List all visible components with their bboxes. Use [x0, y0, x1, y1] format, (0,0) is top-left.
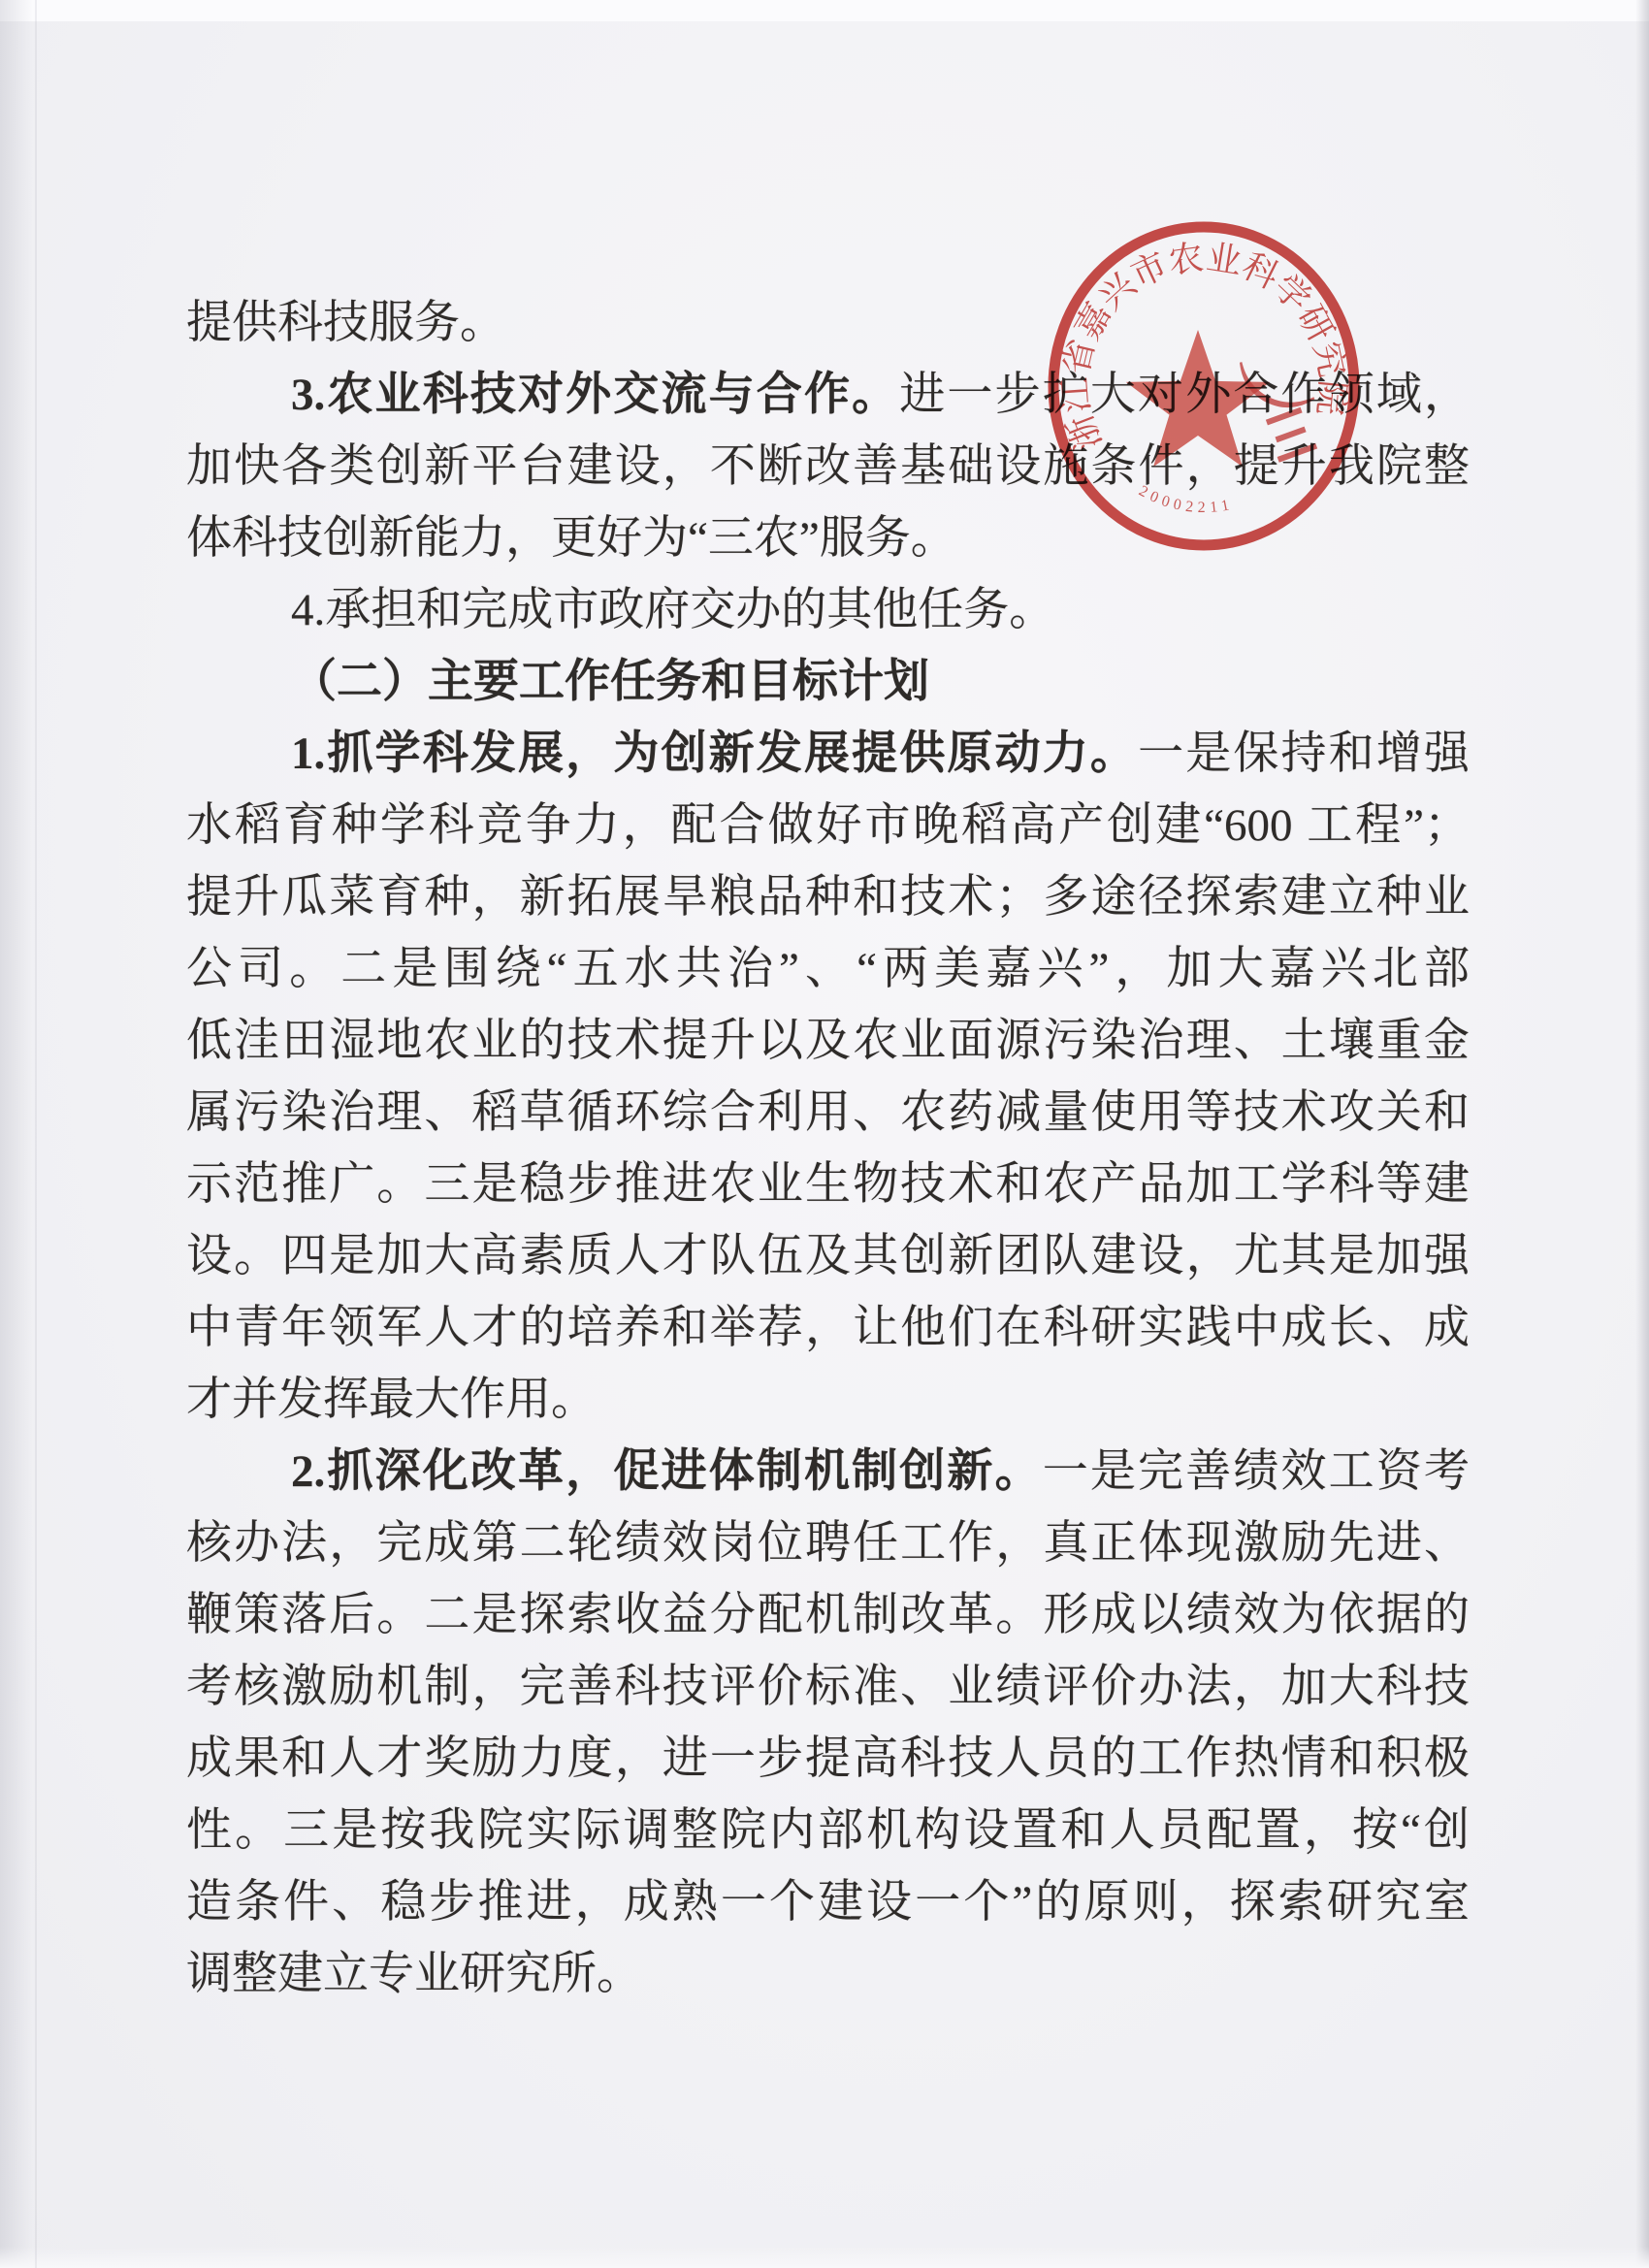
text-run: 低洼田湿地农业的技术提升以及农业面源污染治理、土壤重金 [186, 1016, 1470, 1066]
text-run: 提供科技服务。 [186, 298, 505, 348]
text-run: 提升瓜菜育种，新拓展旱粮品种和技术；多途径探索建立种业 [186, 872, 1470, 923]
text-line: 设。四是加大高素质人才队伍及其创新团队建设，尤其是加强 [186, 1220, 1470, 1292]
text-line: 水稻育种学科竞争力，配合做好市晚稻高产创建“600 工程”； [186, 790, 1470, 861]
scanned-page: 提供科技服务。3.农业科技对外交流与合作。进一步扩大对外合作领域，加快各类创新平… [0, 0, 1649, 2268]
text-line: 造条件、稳步推进，成熟一个建设一个”的原则，探索研究室 [186, 1866, 1470, 1938]
text-line: 低洼田湿地农业的技术提升以及农业面源污染治理、土壤重金 [186, 1005, 1470, 1077]
text-line: 成果和人才奖励力度，进一步提高科技人员的工作热情和积极 [186, 1723, 1470, 1795]
text-run: 公司。二是围绕“五水共治”、“两美嘉兴”，加大嘉兴北部 [186, 944, 1470, 994]
text-run: 设。四是加大高素质人才队伍及其创新团队建设，尤其是加强 [186, 1231, 1470, 1281]
scan-edge-right [1635, 0, 1649, 2268]
text-run: 中青年领军人才的培养和举荐，让他们在科研实践中成长、成 [186, 1303, 1470, 1353]
scan-edge-bottom [0, 2247, 1649, 2268]
text-run: 调整建立专业研究所。 [186, 1949, 642, 1999]
scan-edge-left [0, 0, 33, 2268]
text-line: 核办法，完成第二轮绩效岗位聘任工作，真正体现激励先进、 [186, 1507, 1470, 1579]
text-line: 1.抓学科发展，为创新发展提供原动力。一是保持和增强 [186, 718, 1470, 790]
text-run: 才并发挥最大作用。 [186, 1375, 597, 1425]
text-line: 公司。二是围绕“五水共治”、“两美嘉兴”，加大嘉兴北部 [186, 933, 1470, 1005]
text-line: 中青年领军人才的培养和举荐，让他们在科研实践中成长、成 [186, 1292, 1470, 1364]
text-run: 造条件、稳步推进，成熟一个建设一个”的原则，探索研究室 [186, 1877, 1470, 1928]
text-run: 属污染治理、稻草循环综合利用、农药减量使用等技术攻关和 [186, 1087, 1470, 1138]
text-line: 4.承担和完成市政府交办的其他任务。 [186, 574, 1470, 646]
text-line: 性。三是按我院实际调整院内部机构设置和人员配置，按“创 [186, 1795, 1470, 1866]
text-run: 4.承担和完成市政府交办的其他任务。 [291, 585, 1054, 635]
scan-fold-line [35, 0, 37, 2268]
text-line: 提升瓜菜育种，新拓展旱粮品种和技术；多途径探索建立种业 [186, 861, 1470, 933]
text-run: 鞭策落后。二是探索收益分配机制改革。形成以绩效为依据的 [186, 1590, 1470, 1640]
text-run: 核办法，完成第二轮绩效岗位聘任工作，真正体现激励先进、 [186, 1518, 1470, 1569]
text-run: 3.农业科技对外交流与合作。 [291, 370, 899, 420]
text-line: （二）主要工作任务和目标计划 [186, 646, 1470, 718]
text-run: 一是保持和增强 [1138, 729, 1470, 779]
text-line: 调整建立专业研究所。 [186, 1938, 1470, 2010]
seal-paren-icon: （ [1200, 354, 1328, 477]
text-line: 示范推广。三是稳步推进农业生物技术和农产品加工学科等建 [186, 1149, 1470, 1220]
text-run: 体科技创新能力，更好为“三农”服务。 [186, 513, 956, 564]
text-run: 1.抓学科发展，为创新发展提供原动力。 [291, 729, 1138, 779]
text-run: （二）主要工作任务和目标计划 [291, 657, 929, 707]
seal-serial-number: 20002211 [1136, 483, 1236, 516]
text-line: 鞭策落后。二是探索收益分配机制改革。形成以绩效为依据的 [186, 1579, 1470, 1651]
text-run: 水稻育种学科竞争力，配合做好市晚稻高产创建“600 工程”； [186, 800, 1470, 851]
scan-edge-top [0, 0, 1649, 21]
text-line: 才并发挥最大作用。 [186, 1364, 1470, 1436]
text-line: 2.抓深化改革，促进体制机制创新。一是完善绩效工资考 [186, 1436, 1470, 1507]
official-seal-stamp: 浙江省嘉兴市农业科学研究院 20002211 （ [1041, 215, 1371, 557]
text-line: 属污染治理、稻草循环综合利用、农药减量使用等技术攻关和 [186, 1077, 1470, 1149]
text-run: 2.抓深化改革，促进体制机制创新。 [291, 1446, 1043, 1497]
text-run: 考核激励机制，完善科技评价标准、业绩评价办法，加大科技 [186, 1662, 1470, 1712]
text-run: 一是完善绩效工资考 [1043, 1446, 1470, 1497]
text-run: 性。三是按我院实际调整院内部机构设置和人员配置，按“创 [186, 1805, 1470, 1856]
text-run: 示范推广。三是稳步推进农业生物技术和农产品加工学科等建 [186, 1159, 1470, 1210]
text-run: 成果和人才奖励力度，进一步提高科技人员的工作热情和积极 [186, 1733, 1470, 1784]
text-line: 考核激励机制，完善科技评价标准、业绩评价办法，加大科技 [186, 1651, 1470, 1723]
